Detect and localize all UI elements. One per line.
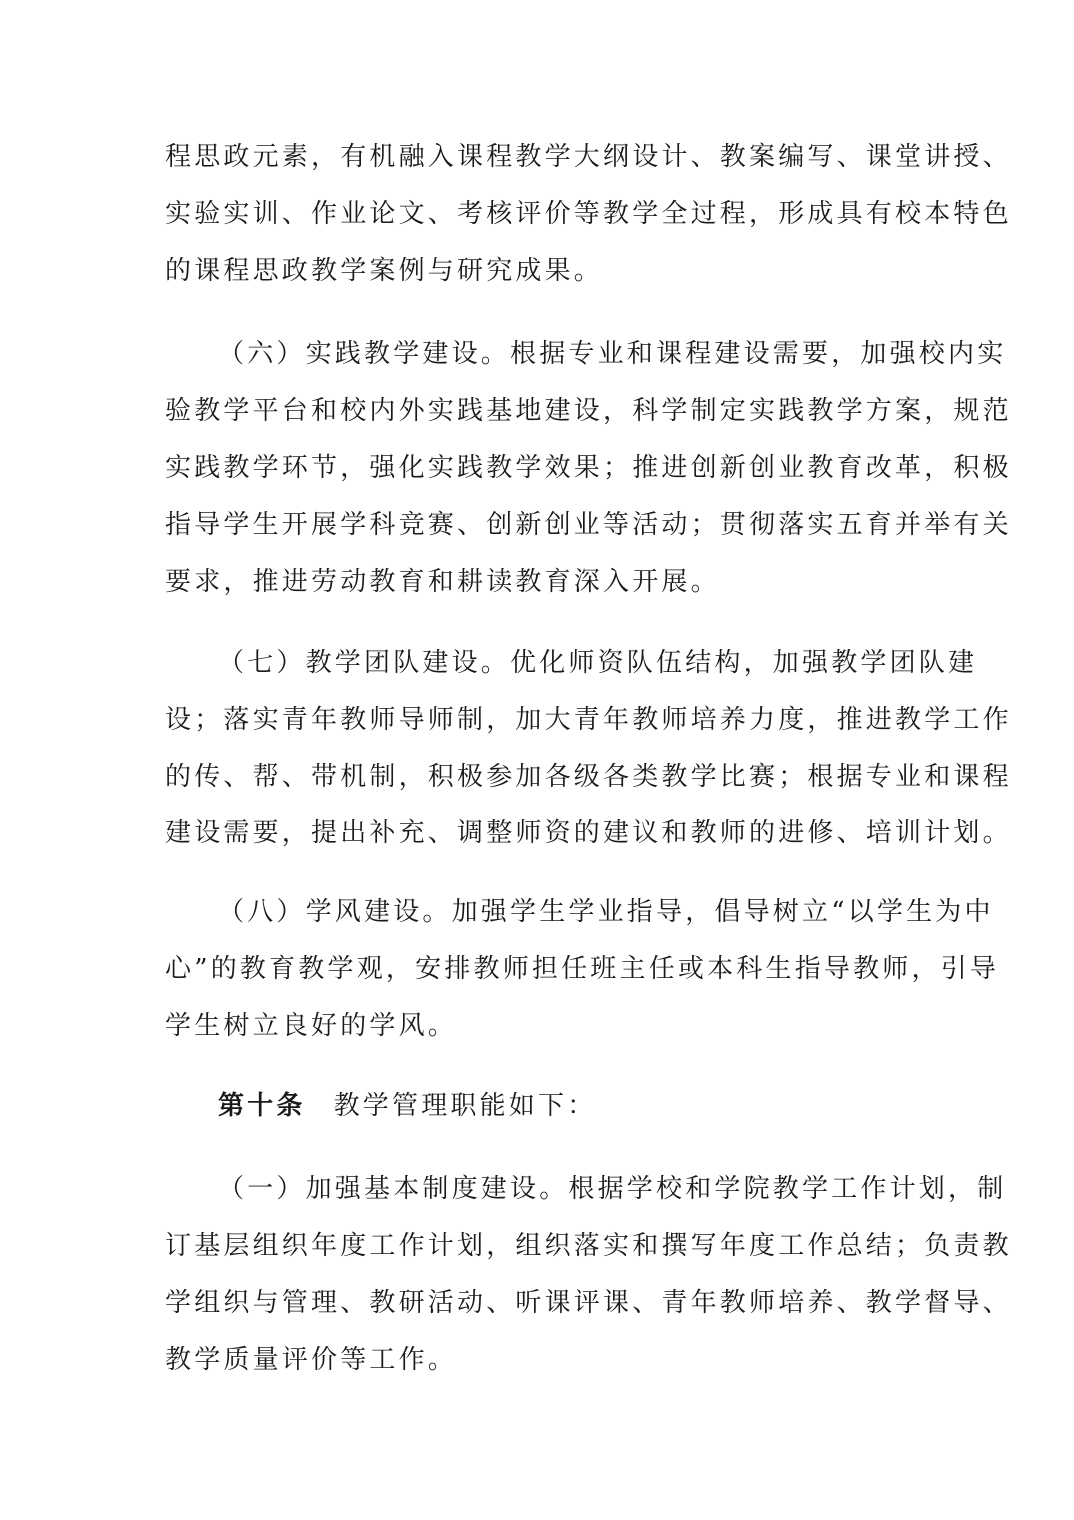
- paragraph-line: 建设需要，提出补充、调整师资的建议和教师的进修、培训计划。: [165, 816, 895, 850]
- paragraph-line: 学组织与管理、教研活动、听课评课、青年教师培养、教学督导、: [165, 1286, 895, 1320]
- paragraph-line: （一）加强基本制度建设。根据学校和学院教学工作计划，制: [218, 1172, 895, 1206]
- article-text: 教学管理职能如下：: [334, 1091, 597, 1121]
- paragraph-line: 教学质量评价等工作。: [165, 1343, 895, 1377]
- article-number: 第十条: [218, 1091, 306, 1121]
- paragraph-line: 设；落实青年教师导师制，加大青年教师培养力度，推进教学工作: [165, 703, 895, 737]
- paragraph-line: 实践教学环节，强化实践教学效果；推进创新创业教育改革，积极: [165, 451, 895, 485]
- paragraph-line: （七）教学团队建设。优化师资队伍结构，加强教学团队建: [218, 646, 895, 680]
- paragraph-line: 程思政元素，有机融入课程教学大纲设计、教案编写、课堂讲授、: [165, 140, 895, 174]
- document-page: 程思政元素，有机融入课程教学大纲设计、教案编写、课堂讲授、 实验实训、作业论文、…: [0, 0, 1074, 1520]
- paragraph-line: 心”的教育教学观，安排教师担任班主任或本科生指导教师，引导: [165, 952, 895, 986]
- paragraph-line: 要求，推进劳动教育和耕读教育深入开展。: [165, 565, 895, 599]
- paragraph-line: 订基层组织年度工作计划，组织落实和撰写年度工作总结；负责教: [165, 1229, 895, 1263]
- paragraph-line: 的课程思政教学案例与研究成果。: [165, 254, 895, 288]
- paragraph-line: （六）实践教学建设。根据专业和课程建设需要，加强校内实: [218, 337, 895, 371]
- paragraph-line: （八）学风建设。加强学生学业指导，倡导树立“以学生为中: [218, 895, 895, 929]
- paragraph-line: 验教学平台和校内外实践基地建设，科学制定实践教学方案，规范: [165, 394, 895, 428]
- paragraph-line: 实验实训、作业论文、考核评价等教学全过程，形成具有校本特色: [165, 197, 895, 231]
- paragraph-line: 指导学生开展学科竞赛、创新创业等活动；贯彻落实五育并举有关: [165, 508, 895, 542]
- paragraph-line: 的传、帮、带机制，积极参加各级各类教学比赛；根据专业和课程: [165, 760, 895, 794]
- article-heading-line: 第十条教学管理职能如下：: [218, 1089, 895, 1123]
- paragraph-line: 学生树立良好的学风。: [165, 1009, 895, 1043]
